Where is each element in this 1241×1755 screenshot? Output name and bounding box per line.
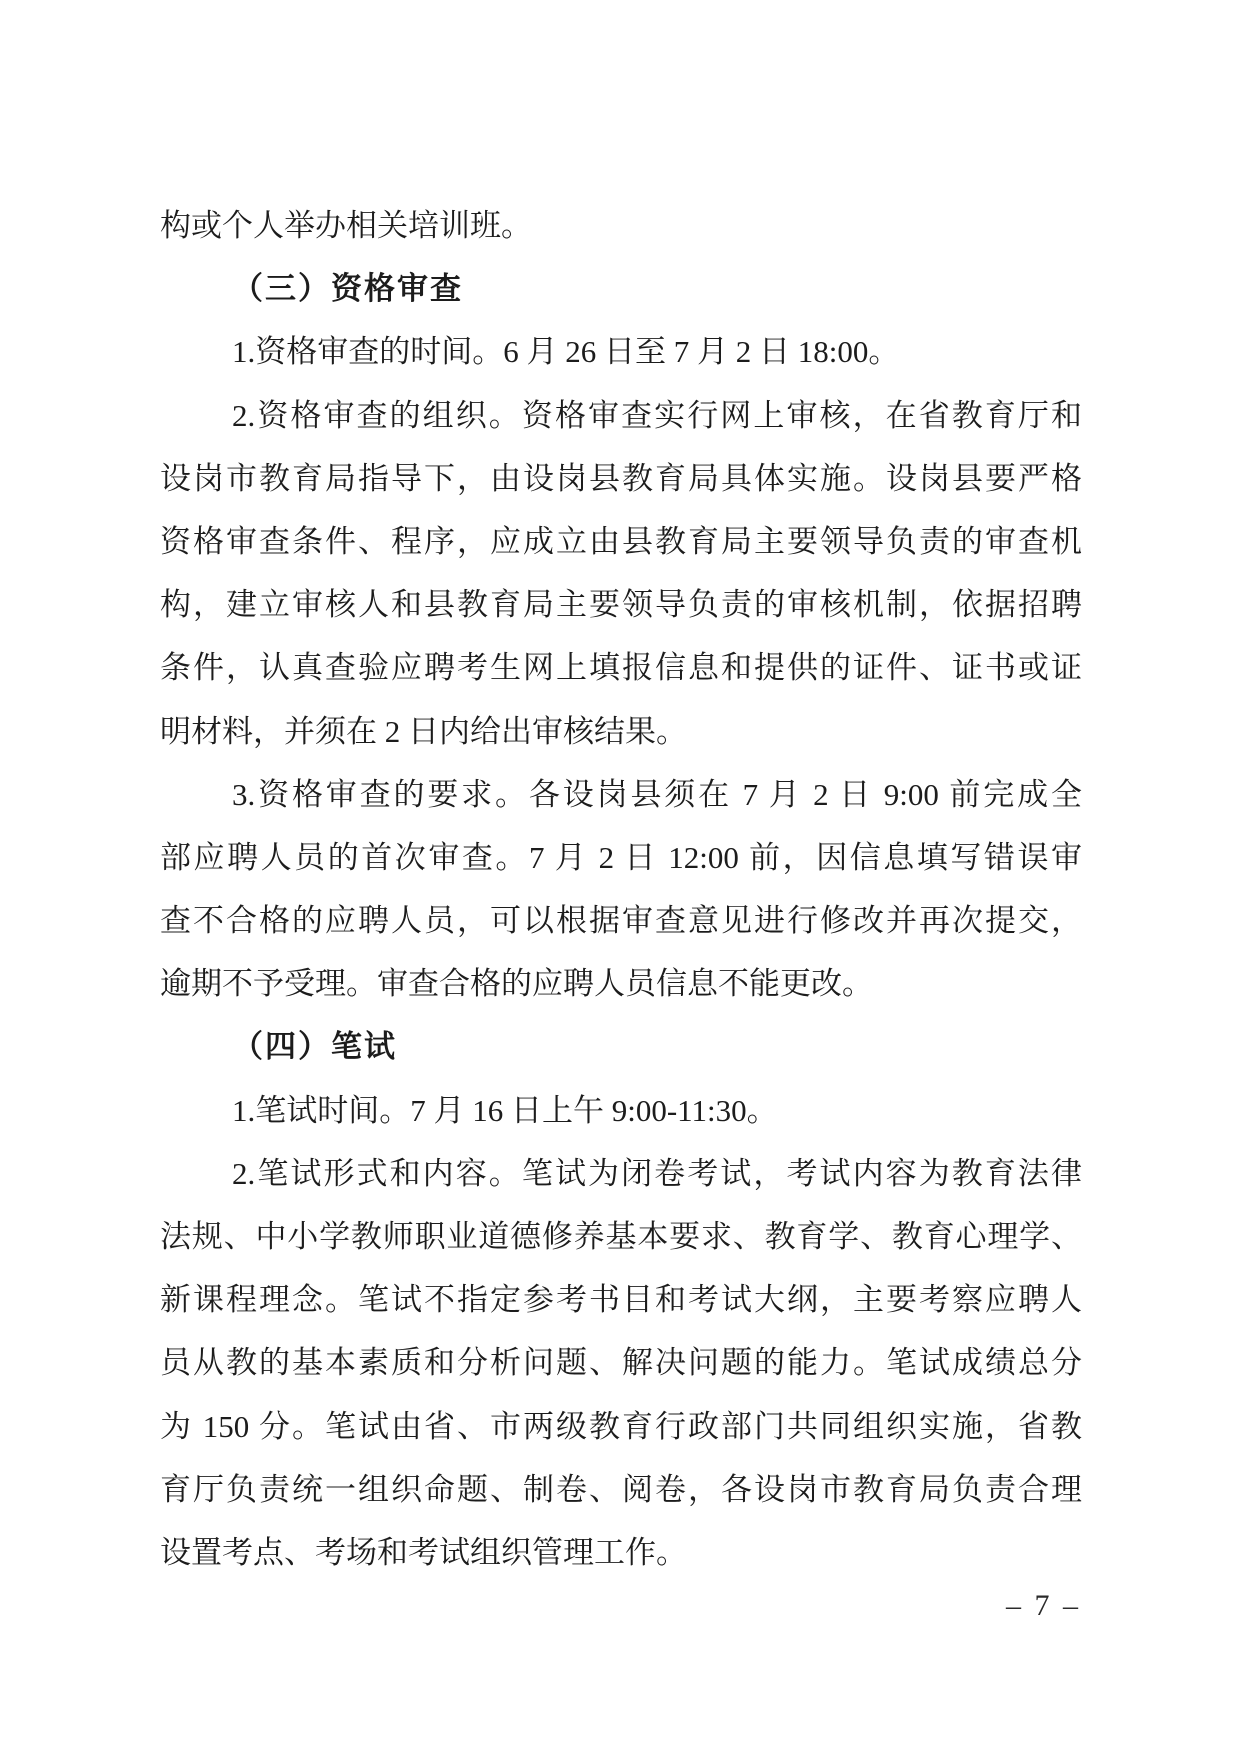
text-line: 3.资格审查的要求。各设岗县须在 7 月 2 日 9:00 前完成全 [160, 763, 1082, 826]
text-line: 设置考点、考场和考试组织管理工作。 [160, 1521, 1082, 1584]
text-line: 为 150 分。笔试由省、市两级教育行政部门共同组织实施，省教 [160, 1395, 1082, 1458]
text-block: 构或个人举办相关培训班。（三）资格审查1.资格审查的时间。6 月 26 日至 7… [160, 194, 1082, 1584]
section-heading: （三）资格审查 [160, 257, 1082, 320]
text-line: 1.笔试时间。7 月 16 日上午 9:00-11:30。 [160, 1079, 1082, 1142]
text-line: 新课程理念。笔试不指定参考书目和考试大纲，主要考察应聘人 [160, 1268, 1082, 1331]
text-line: 构，建立审核人和县教育局主要领导负责的审核机制，依据招聘 [160, 573, 1082, 636]
text-line: 条件，认真查验应聘考生网上填报信息和提供的证件、证书或证 [160, 636, 1082, 699]
text-line: 设岗市教育局指导下，由设岗县教育局具体实施。设岗县要严格 [160, 447, 1082, 510]
text-line: 部应聘人员的首次审查。7 月 2 日 12:00 前，因信息填写错误审 [160, 826, 1082, 889]
text-line: 明材料，并须在 2 日内给出审核结果。 [160, 700, 1082, 763]
text-line: 构或个人举办相关培训班。 [160, 194, 1082, 257]
page-number: – 7 – [1006, 1586, 1081, 1626]
text-line: 法规、中小学教师职业道德修养基本要求、教育学、教育心理学、 [160, 1205, 1082, 1268]
text-line: 查不合格的应聘人员，可以根据审查意见进行修改并再次提交， [160, 889, 1082, 952]
text-line: 资格审查条件、程序，应成立由县教育局主要领导负责的审查机 [160, 510, 1082, 573]
text-line: 员从教的基本素质和分析问题、解决问题的能力。笔试成绩总分 [160, 1331, 1082, 1394]
text-line: 逾期不予受理。审查合格的应聘人员信息不能更改。 [160, 952, 1082, 1015]
text-line: 1.资格审查的时间。6 月 26 日至 7 月 2 日 18:00。 [160, 320, 1082, 383]
text-line: 育厅负责统一组织命题、制卷、阅卷，各设岗市教育局负责合理 [160, 1458, 1082, 1521]
text-line: 2.笔试形式和内容。笔试为闭卷考试，考试内容为教育法律 [160, 1142, 1082, 1205]
document-page: 构或个人举办相关培训班。（三）资格审查1.资格审查的时间。6 月 26 日至 7… [0, 0, 1241, 1755]
text-line: 2.资格审查的组织。资格审查实行网上审核，在省教育厅和 [160, 384, 1082, 447]
section-heading: （四）笔试 [160, 1015, 1082, 1078]
